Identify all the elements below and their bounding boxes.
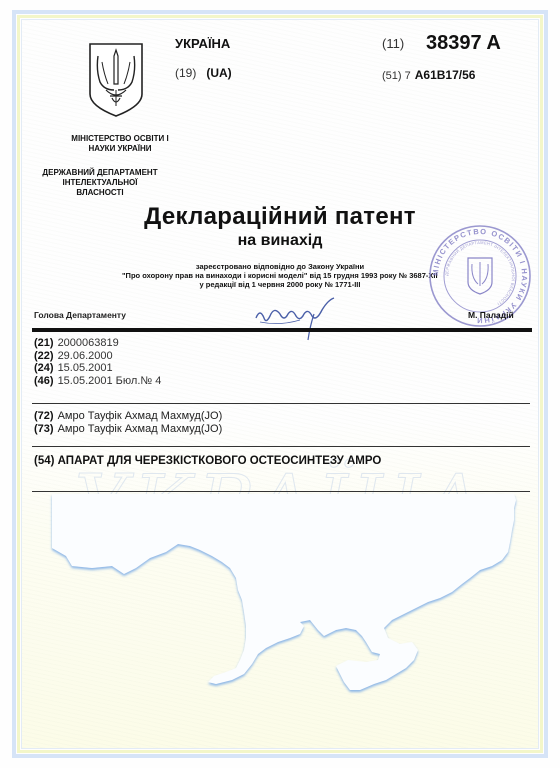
section-divider	[32, 403, 530, 404]
biblio-row-22: (22)29.06.2000	[34, 350, 161, 363]
inid-11-label: (11)	[382, 36, 404, 51]
invention-title-text: АПАРАТ ДЛЯ ЧЕРЕЗКІСТКОВОГО ОСТЕОСИНТЕЗУ …	[58, 455, 382, 467]
registration-line-1: зареєстровано відповідно до Закону Украї…	[100, 262, 460, 271]
biblio-row-24: (24)15.05.2001	[34, 362, 161, 375]
department-line-2: ІНТЕЛЕКТУАЛЬНОЇ	[20, 178, 180, 188]
ministry-line-1: МІНІСТЕРСТВО ОСВІТИ І	[50, 134, 190, 144]
signatory-name: М. Паладій	[468, 310, 514, 320]
inventor-row: (72)Амро Тауфік Ахмад Махмуд(JO)	[34, 410, 222, 423]
country-code-value: (UA)	[206, 66, 231, 80]
biblio-row-21: (21)2000063819	[34, 337, 161, 350]
parties-list: (72)Амро Тауфік Ахмад Махмуд(JO) (73)Амр…	[34, 410, 222, 436]
inid-54-label: (54)	[34, 455, 54, 467]
signature-divider	[32, 328, 532, 332]
patent-certificate: УКРАЇНА УКРАЇНА (19)(UA) (11) 38397 A (5…	[0, 0, 560, 768]
registration-line-3: у редакції від 1 червня 2000 року № 1771…	[100, 280, 460, 289]
invention-title: (54) АПАРАТ ДЛЯ ЧЕРЕЗКІСТКОВОГО ОСТЕОСИН…	[34, 455, 381, 467]
ministry-line-2: НАУКИ УКРАЇНИ	[50, 144, 190, 154]
inid-19-label: (19)	[175, 66, 196, 80]
signatory-role: Голова Департаменту	[34, 310, 126, 320]
ipc-class-value: A61B17/56	[415, 68, 476, 82]
ministry-name: МІНІСТЕРСТВО ОСВІТИ І НАУКИ УКРАЇНИ	[50, 134, 190, 154]
signature-icon	[250, 296, 340, 342]
section-divider	[32, 446, 530, 447]
bibliographic-data: (21)2000063819 (22)29.06.2000 (24)15.05.…	[34, 337, 161, 387]
department-line-3: ВЛАСНОСТІ	[20, 188, 180, 198]
country-code-field: (19)(UA)	[175, 66, 232, 80]
owner-row: (73)Амро Тауфік Ахмад Махмуд(JO)	[34, 423, 222, 436]
inid-51-label: (51) 7	[382, 70, 411, 82]
country-name: УКРАЇНА	[175, 36, 230, 51]
biblio-row-46: (46)15.05.2001 Бюл.№ 4	[34, 375, 161, 388]
department-line-1: ДЕРЖАВНИЙ ДЕПАРТАМЕНТ	[20, 168, 180, 178]
department-name: ДЕРЖАВНИЙ ДЕПАРТАМЕНТ ІНТЕЛЕКТУАЛЬНОЇ ВЛ…	[20, 168, 180, 198]
patent-number: 38397 A	[426, 32, 501, 55]
coat-of-arms-icon	[86, 40, 146, 118]
ipc-class-field: (51) 7A61B17/56	[382, 68, 475, 82]
section-divider	[32, 491, 530, 492]
